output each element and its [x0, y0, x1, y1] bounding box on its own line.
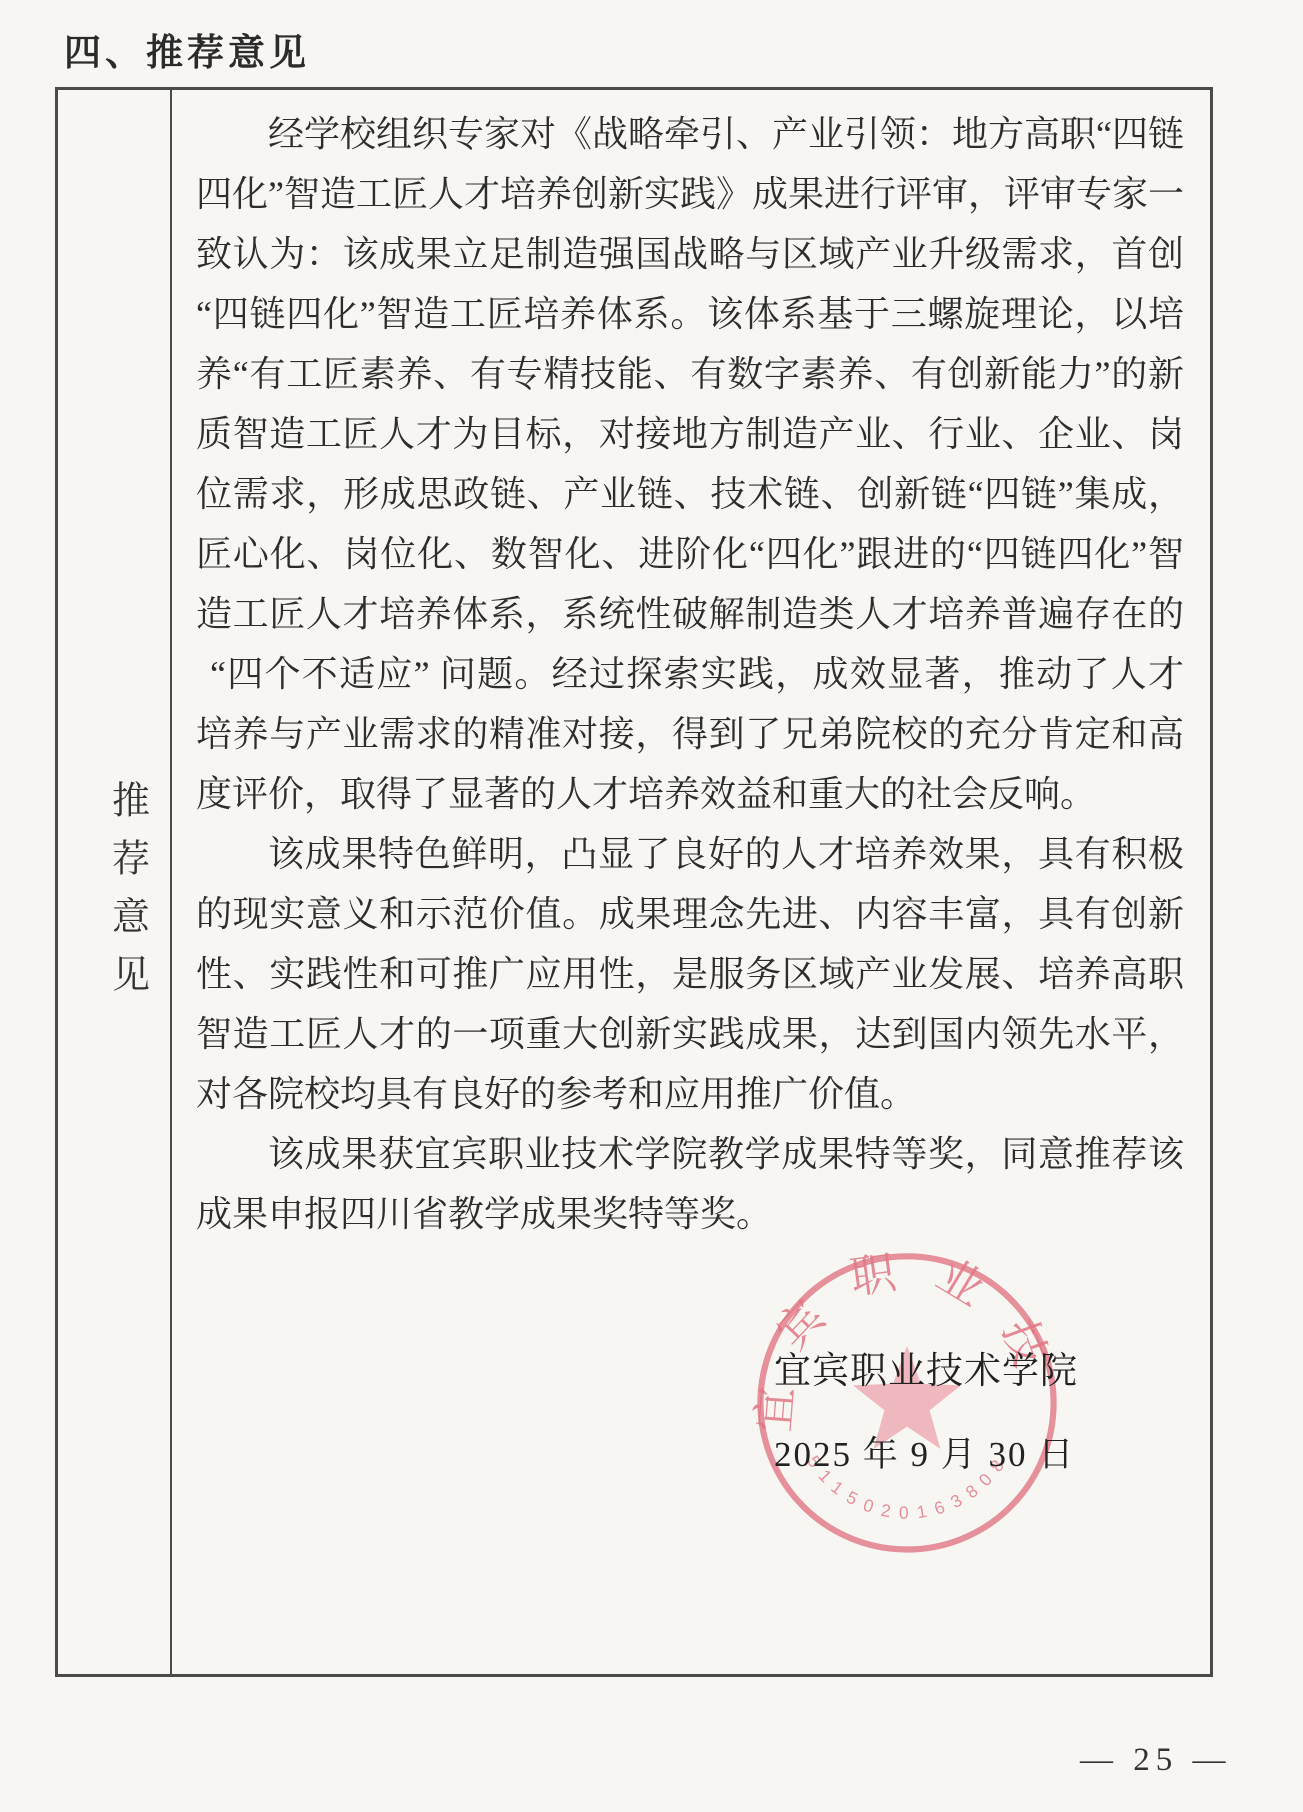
- recommendation-text-cell: 经学校组织专家对《战略牵引、产业引领：地方高职“四链 四化”智造工匠人才培养创新…: [172, 90, 1210, 1674]
- body-line: 性、实践性和可推广应用性，是服务区域产业发展、培养高职: [196, 944, 1184, 1004]
- body-line: 该成果特色鲜明，凸显了良好的人才培养效果，具有积极: [196, 824, 1184, 884]
- body-line: “四个不适应” 问题。经过探索实践，成效显著，推动了人才: [196, 644, 1184, 704]
- body-line: 位需求，形成思政链、产业链、技术链、创新链“四链”集成，: [196, 464, 1184, 524]
- body-line: 造工匠人才培养体系，系统性破解制造类人才培养普遍存在的: [196, 584, 1184, 644]
- body-line: 养“有工匠素养、有专精技能、有数字素养、有创新能力”的新: [196, 344, 1184, 404]
- body-line: 匠心化、岗位化、数智化、进阶化“四化”跟进的“四链四化”智: [196, 524, 1184, 584]
- section-heading: 四、推荐意见: [64, 22, 310, 76]
- signature-organization: 宜宾职业技术学院: [774, 1340, 1078, 1394]
- body-line: 该成果获宜宾职业技术学院教学成果特等奖，同意推荐该: [196, 1124, 1184, 1184]
- body-line: 经学校组织专家对《战略牵引、产业引领：地方高职“四链: [196, 104, 1184, 164]
- body-line: 培养与产业需求的精准对接，得到了兄弟院校的充分肯定和高: [196, 704, 1184, 764]
- document-page: 四、推荐意见 推荐意见 经学校组织专家对《战略牵引、产业引领：地方高职“四链 四…: [0, 0, 1303, 1812]
- body-line: 四化”智造工匠人才培养创新实践》成果进行评审，评审专家一: [196, 164, 1184, 224]
- body-line: 对各院校均具有良好的参考和应用推广价值。: [196, 1064, 1184, 1124]
- row-label: 推荐意见: [100, 780, 155, 1012]
- row-label-cell: 推荐意见: [58, 90, 172, 1674]
- signature-block: 宜宾职业技术学院 2025 年 9 月 30 日: [774, 1340, 1078, 1477]
- body-line: 质智造工匠人才为目标，对接地方制造产业、行业、企业、岗: [196, 404, 1184, 464]
- body-line: 度评价，取得了显著的人才培养效益和重大的社会反响。: [196, 764, 1184, 824]
- page-number: — 25 —: [1080, 1742, 1232, 1779]
- signature-date: 2025 年 9 月 30 日: [774, 1427, 1078, 1477]
- recommendation-table: 推荐意见 经学校组织专家对《战略牵引、产业引领：地方高职“四链 四化”智造工匠人…: [55, 87, 1213, 1677]
- body-line: 致认为：该成果立足制造强国战略与区域产业升级需求，首创: [196, 224, 1184, 284]
- body-line: 成果申报四川省教学成果奖特等奖。: [196, 1184, 1184, 1244]
- body-line: 的现实意义和示范价值。成果理念先进、内容丰富，具有创新: [196, 884, 1184, 944]
- body-line: “四链四化”智造工匠培养体系。该体系基于三螺旋理论，以培: [196, 284, 1184, 344]
- body-line: 智造工匠人才的一项重大创新实践成果，达到国内领先水平，: [196, 1004, 1184, 1064]
